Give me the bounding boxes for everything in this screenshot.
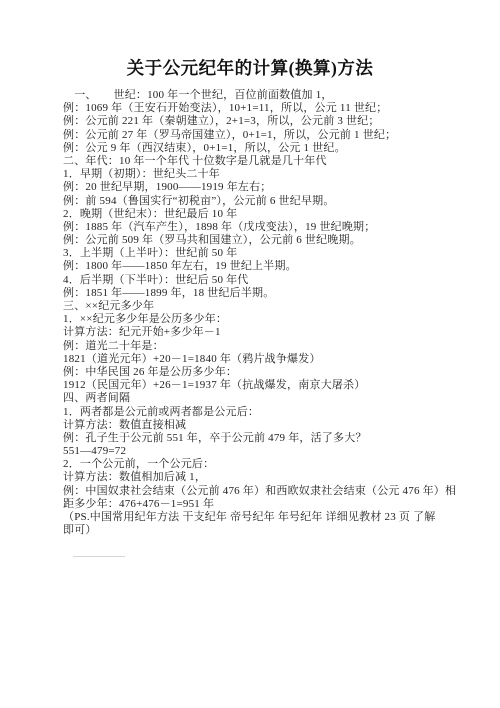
document-page: 关于公元纪年的计算(换算)方法 一、 世纪：100 年一个世纪，百位前面数值加 …	[0, 0, 500, 708]
text-line: 1．××纪元多少年是公历多少年：	[63, 313, 447, 326]
text-line: 例：1069 年（王安石开始变法），10+1=11，所以，公元 11 世纪；	[63, 102, 447, 115]
text-line: 2．一个公元前，一个公元后：	[63, 458, 447, 471]
text-line: 1912（民国元年）+26－1=1937 年（抗战爆发，南京大屠杀）	[63, 379, 447, 392]
text-line: 例：中国奴隶社会结束（公元前 476 年）和西欧奴隶社会结束（公元 476 年）…	[63, 485, 447, 498]
text-line: 一、 世纪：100 年一个世纪，百位前面数值加 1，	[63, 89, 447, 102]
text-line: 1．两者都是公元前或两者都是公元后：	[63, 406, 447, 419]
text-line: 二、年代：10 年一个年代 十位数字是几就是几十年代	[63, 155, 447, 168]
text-line: 例：道光二十年是：	[63, 340, 447, 353]
text-line: 例：中华民国 26 年是公历多少年：	[63, 366, 447, 379]
text-line: 即可）	[63, 524, 447, 537]
text-line: 4．后半期（下半叶）：世纪后 50 年代	[63, 274, 447, 287]
text-line: 例：孔子生于公元前 551 年，卒于公元前 479 年，活了多大？	[63, 432, 447, 445]
text-line: 1821（道光元年）+20－1=1840 年（鸦片战争爆发）	[63, 353, 447, 366]
text-line: 计算方法：纪元开始+多少年－1	[63, 326, 447, 339]
text-line: 计算方法：数值相加后减 1，	[63, 471, 447, 484]
text-line: 例：20 世纪早期，1900——1919 年左右；	[63, 181, 447, 194]
document-title: 关于公元纪年的计算(换算)方法	[0, 56, 500, 80]
text-line: 例：1800 年——1850 年左右，19 世纪上半期。	[63, 260, 447, 273]
divider-line	[73, 556, 125, 557]
document-body: 一、 世纪：100 年一个世纪，百位前面数值加 1， 例：1069 年（王安石开…	[63, 89, 447, 537]
text-line: （PS.中国常用纪年方法 干支纪年 帝号纪年 年号纪年 详细见教材 23 页 了…	[63, 511, 447, 524]
text-line: 例：公元前 27 年（罗马帝国建立），0+1=1，所以，公元前 1 世纪；	[63, 129, 447, 142]
text-line: 四、两者间隔	[63, 392, 447, 405]
text-line: 例：公元前 221 年（秦朝建立），2+1=3，所以，公元前 3 世纪；	[63, 115, 447, 128]
text-line: 2．晚期（世纪末）：世纪最后 10 年	[63, 208, 447, 221]
text-line: 计算方法：数值直接相减	[63, 419, 447, 432]
text-line: 551—479=72	[63, 445, 447, 458]
text-line: 例：1851 年——1899 年，18 世纪后半期。	[63, 287, 447, 300]
text-line: 3．上半期（上半叶）：世纪前 50 年	[63, 247, 447, 260]
text-line: 1．早期（初期）：世纪头二十年	[63, 168, 447, 181]
text-line: 例：公元 9 年（西汉结束），0+1=1，所以，公元 1 世纪。	[63, 142, 447, 155]
text-line: 例：1885 年（汽车产生），1898 年（戊戌变法），19 世纪晚期；	[63, 221, 447, 234]
text-line: 例：公元前 509 年（罗马共和国建立），公元前 6 世纪晚期。	[63, 234, 447, 247]
text-line: 距多少年：476+476－1=951 年	[63, 498, 447, 511]
text-line: 例：前 594（鲁国实行“初税亩”），公元前 6 世纪早期。	[63, 195, 447, 208]
text-line: 三、××纪元多少年	[63, 300, 447, 313]
